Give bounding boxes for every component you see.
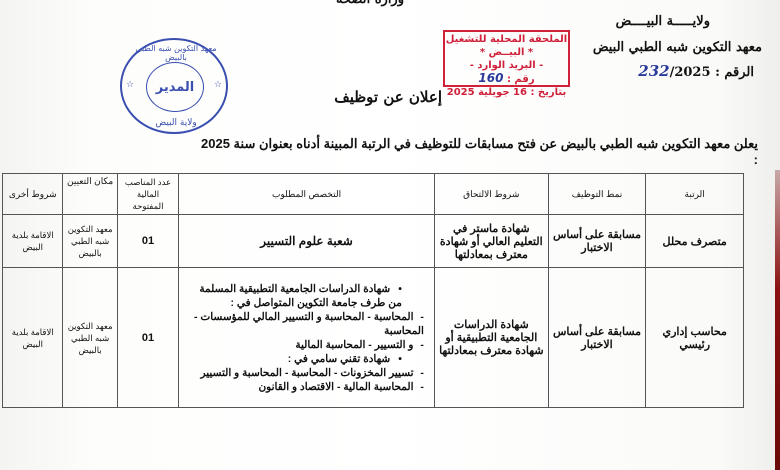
announcement-intro: يعلن معهد التكوين شبه الطبي بالبيض عن فت… bbox=[198, 136, 758, 167]
received-mail-stamp: الملحقة المحلية للتشغيل * البيــض * - ال… bbox=[443, 30, 570, 87]
page-edge-shadow bbox=[775, 170, 780, 470]
stamp-date: بتاريخ : 16 جويلية 2025 bbox=[445, 86, 568, 99]
stamp-line-mail: - البريد الوارد - bbox=[445, 59, 568, 72]
col-header-specialty: التخصص المطلوب bbox=[179, 174, 435, 215]
seal-ring-top-text: معهد التكوين شبه الطبي بالبيض bbox=[130, 44, 222, 62]
cell-other: الاقامة بلدية البيض bbox=[3, 215, 63, 268]
col-header-posts: عدد المناصب المالية المفتوحة bbox=[117, 174, 178, 215]
specialty-bullet: شهادة الدراسات الجامعية التطبيقية المسلم… bbox=[183, 282, 424, 310]
stamp-line-agency: الملحقة المحلية للتشغيل bbox=[445, 33, 568, 46]
specialty-dash-item: المحاسبة المالية - الاقتصاد و القانون bbox=[183, 380, 424, 394]
ref-number-handwritten: 232 bbox=[638, 62, 669, 80]
specialty-dash-item: تسيير المخزونات - المحاسبة - المحاسبة و … bbox=[183, 366, 424, 380]
recruitment-table: الرتبة نمط التوظيف شروط الالتحاق التخصص … bbox=[2, 173, 744, 408]
col-header-place: مكان التعيين bbox=[63, 174, 117, 215]
ref-year: /2025 bbox=[670, 65, 711, 80]
cell-specialty: شعبة علوم التسيير bbox=[179, 215, 435, 268]
col-header-conditions: شروط الالتحاق bbox=[434, 174, 548, 215]
cell-mode: مسابقة على أساس الاختبار bbox=[548, 215, 646, 268]
seal-ring-bottom-text: ولاية البيض bbox=[130, 118, 222, 128]
cell-conditions: شهادة ماستر في التعليم العالي أو شهادة م… bbox=[434, 215, 548, 268]
cell-posts: 01 bbox=[117, 268, 178, 408]
cell-posts: 01 bbox=[117, 215, 178, 268]
ministry-header: وزارة الصحة bbox=[320, 0, 420, 7]
cell-conditions: شهادة الدراسات الجامعية التطبيقية أو شها… bbox=[434, 268, 548, 408]
col-header-rank: الرتبة bbox=[646, 174, 744, 215]
specialty-dash-item: و التسيير - المحاسبة المالية bbox=[183, 338, 424, 352]
cell-other: الاقامة بلدية البيض bbox=[3, 268, 63, 408]
stamp-number: رقم : 160 bbox=[445, 72, 568, 86]
specialty-dash-item: المحاسبة - المحاسبة و التسيير المالي للم… bbox=[183, 310, 424, 338]
document-page: وزارة الصحة ولايـــــة البيــــض معهد ال… bbox=[0, 0, 780, 470]
cell-place: معهد التكوين شبه الطبي بالبيض bbox=[63, 268, 117, 408]
table-header-row: الرتبة نمط التوظيف شروط الالتحاق التخصص … bbox=[3, 174, 744, 215]
star-icon: ☆ bbox=[214, 80, 222, 90]
col-header-other: شروط أخرى bbox=[3, 174, 63, 215]
table-row: متصرف محلل مسابقة على أساس الاختبار شهاد… bbox=[3, 215, 744, 268]
table-row: محاسب إداري رئيسي مسابقة على أساس الاختب… bbox=[3, 268, 744, 408]
seal-center: المدير bbox=[146, 62, 204, 112]
cell-rank: متصرف محلل bbox=[646, 215, 744, 268]
cell-specialty: شهادة الدراسات الجامعية التطبيقية المسلم… bbox=[179, 268, 435, 408]
cell-mode: مسابقة على أساس الاختبار bbox=[548, 268, 646, 408]
page-title: إعلان عن توظيف bbox=[322, 88, 442, 106]
reference-number: الرقم : 232/2025 bbox=[638, 62, 754, 80]
specialty-bullet: شهادة تقني سامي في : bbox=[183, 352, 424, 366]
star-icon: ☆ bbox=[126, 80, 134, 90]
ref-label: الرقم : bbox=[715, 65, 754, 80]
cell-place: معهد التكوين شبه الطبي بالبيض bbox=[63, 215, 117, 268]
director-seal: معهد التكوين شبه الطبي بالبيض ☆ ☆ المدير… bbox=[120, 38, 228, 134]
wilaya-header: ولايـــــة البيــــض bbox=[616, 14, 710, 29]
col-header-mode: نمط التوظيف bbox=[548, 174, 646, 215]
stamp-line-city: * البيــض * bbox=[445, 46, 568, 59]
institute-header: معهد التكوين شبه الطبي البيض bbox=[593, 40, 762, 55]
cell-rank: محاسب إداري رئيسي bbox=[646, 268, 744, 408]
